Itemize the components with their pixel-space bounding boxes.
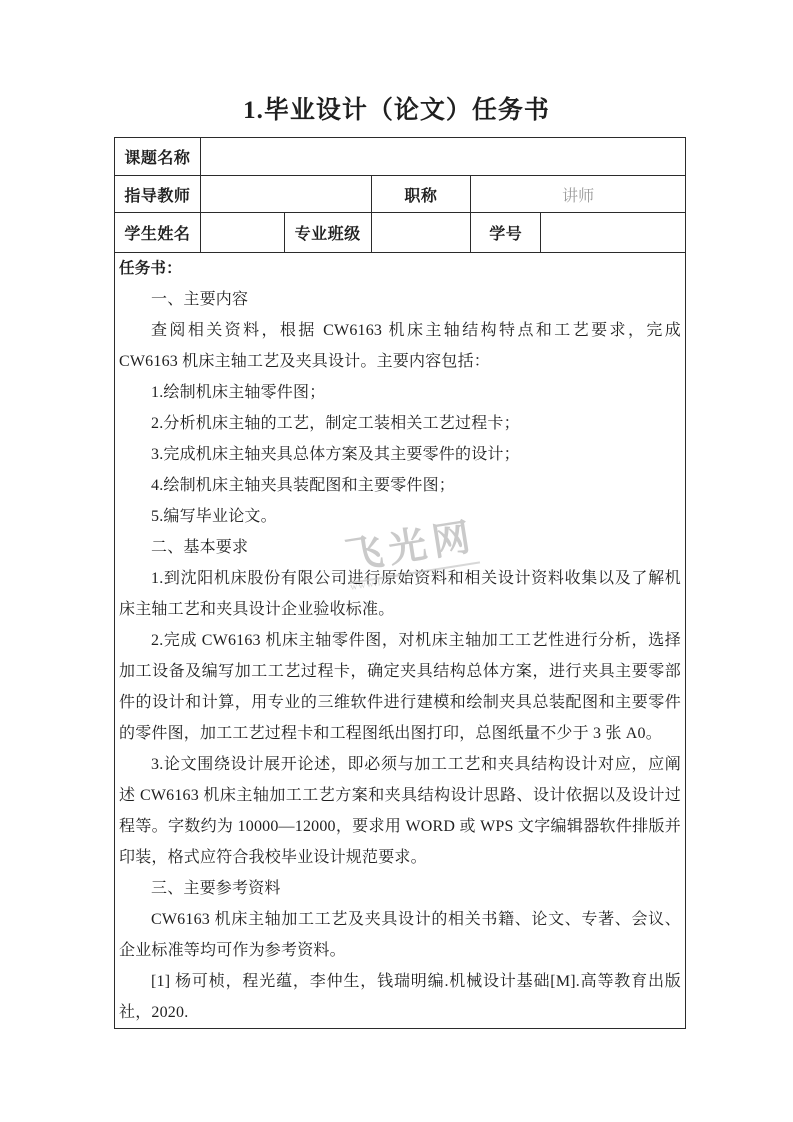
topic-name-label: 课题名称 [115,138,201,176]
advisor-label: 指导教师 [115,176,201,213]
student-id-label: 学号 [471,213,541,253]
task-form-table: 课题名称 指导教师 职称 讲师 学生姓名 专业班级 学号 任务书： 一、主要内容… [114,137,686,1029]
task-paragraph: 4.绘制机床主轴夹具装配图和主要零件图； [119,470,681,501]
advisor-value [200,176,371,213]
row-task-body: 任务书： 一、主要内容 查阅相关资料，根据 CW6163 机床主轴结构特点和工艺… [115,253,686,1029]
task-heading: 任务书： [119,253,681,284]
task-paragraph: 3.论文围绕设计展开论述，即必须与加工工艺和夹具结构设计对应，应阐述 CW616… [119,749,681,873]
document-page: 1.毕业设计（论文）任务书 课题名称 指导教师 职称 讲师 学生姓名 专业班级 … [0,0,793,1122]
task-paragraph: CW6163 机床主轴加工工艺及夹具设计的相关书籍、论文、专著、会议、企业标准等… [119,904,681,966]
class-value [371,213,471,253]
document-title: 1.毕业设计（论文）任务书 [0,90,793,126]
job-title-value: 讲师 [471,176,686,213]
task-paragraph: 5.编写毕业论文。 [119,501,681,532]
task-paragraph: 2.完成 CW6163 机床主轴零件图，对机床主轴加工工艺性进行分析，选择加工设… [119,625,681,749]
row-advisor: 指导教师 职称 讲师 [115,176,686,213]
job-title-label: 职称 [371,176,471,213]
task-paragraph: 3.完成机床主轴夹具总体方案及其主要零件的设计； [119,439,681,470]
task-paragraph: [1] 杨可桢，程光蕴，李仲生，钱瑞明编.机械设计基础[M].高等教育出版社，2… [119,966,681,1028]
task-paragraph: 1.到沈阳机床股份有限公司进行原始资料和相关设计资料收集以及了解机床主轴工艺和夹… [119,563,681,625]
task-paragraph: 查阅相关资料，根据 CW6163 机床主轴结构特点和工艺要求，完成 CW6163… [119,315,681,377]
topic-name-value [200,138,685,176]
task-paragraph: 一、主要内容 [119,284,681,315]
student-name-label: 学生姓名 [115,213,201,253]
row-student: 学生姓名 专业班级 学号 [115,213,686,253]
task-paragraph: 三、主要参考资料 [119,873,681,904]
task-paragraph: 1.绘制机床主轴零件图； [119,377,681,408]
class-label: 专业班级 [284,213,371,253]
task-paragraph: 2.分析机床主轴的工艺，制定工装相关工艺过程卡； [119,408,681,439]
student-name-value [200,213,284,253]
task-body-cell: 任务书： 一、主要内容 查阅相关资料，根据 CW6163 机床主轴结构特点和工艺… [115,253,686,1029]
task-paragraph: 二、基本要求 [119,532,681,563]
row-topic: 课题名称 [115,138,686,176]
student-id-value [541,213,686,253]
